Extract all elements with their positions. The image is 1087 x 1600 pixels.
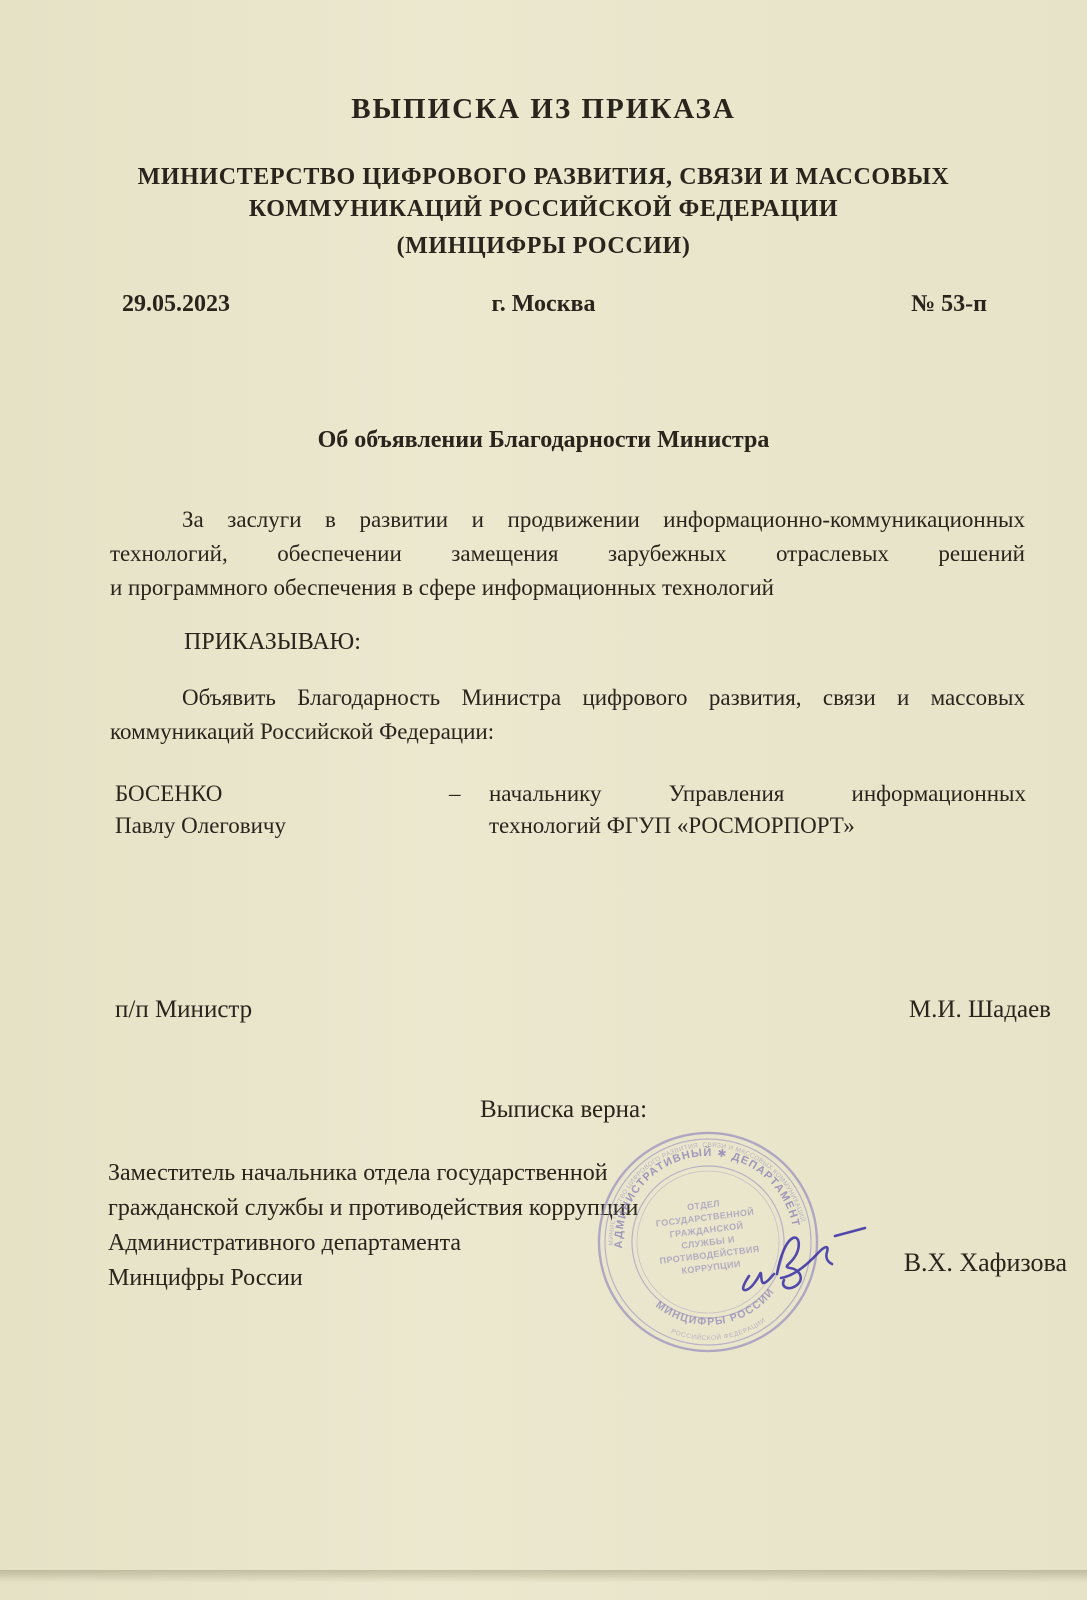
verifying-officer-name: В.Х. Хафизова — [904, 1248, 1067, 1278]
document-title: ВЫПИСКА ИЗ ПРИКАЗА — [0, 93, 1087, 126]
order-line: коммуникаций Российской Федерации: — [110, 715, 1025, 749]
order-line: Объявить Благодарность Министра цифровог… — [110, 681, 1025, 715]
decree-word: ПРИКАЗЫВАЮ: — [184, 629, 361, 656]
pp-minister-label: п/п Министр — [115, 996, 252, 1024]
preamble-paragraph: За заслуги в развитии и продвижении инфо… — [110, 503, 1025, 605]
ministry-name-line1: МИНИСТЕРСТВО ЦИФРОВОГО РАЗВИТИЯ, СВЯЗИ И… — [0, 164, 1087, 191]
paper-sheet: ВЫПИСКА ИЗ ПРИКАЗА МИНИСТЕРСТВО ЦИФРОВОГ… — [0, 0, 1087, 1580]
order-extract: ВЫПИСКА ИЗ ПРИКАЗА МИНИСТЕРСТВО ЦИФРОВОГ… — [0, 0, 1087, 1580]
order-paragraph: Объявить Благодарность Министра цифровог… — [110, 681, 1025, 749]
svg-text:ОТДЕЛ: ОТДЕЛ — [686, 1198, 720, 1212]
order-subject: Об объявлении Благодарности Министра — [0, 427, 1087, 454]
recipient-position: начальнику Управления информационных тех… — [489, 778, 1026, 842]
ministry-name-line2: КОММУНИКАЦИЙ РОССИЙСКОЙ ФЕДЕРАЦИИ — [0, 196, 1087, 223]
preamble-line: За заслуги в развитии и продвижении инфо… — [110, 503, 1025, 537]
recipient-dash: – — [449, 778, 461, 810]
order-number: № 53-п — [911, 291, 987, 318]
preamble-line: технологий, обеспечении замещения зарубе… — [110, 537, 1025, 571]
recipient-row: БОСЕНКО Павлу Олеговичу – начальнику Упр… — [0, 778, 1087, 848]
recipient-surname: БОСЕНКО — [115, 778, 222, 810]
ministry-short-name: (МИНЦИФРЫ РОССИИ) — [0, 233, 1087, 260]
signature-ink — [733, 1206, 883, 1306]
document-photo: ВЫПИСКА ИЗ ПРИКАЗА МИНИСТЕРСТВО ЦИФРОВОГ… — [0, 0, 1087, 1600]
verification-heading: Выписка верна: — [0, 1096, 1087, 1124]
recipient-name: Павлу Олеговичу — [115, 810, 286, 842]
recipient-position-line: начальнику Управления информационных — [489, 778, 1026, 810]
preamble-line: и программного обеспечения в сфере инфор… — [110, 571, 1025, 605]
minister-name: М.И. Шадаев — [909, 996, 1051, 1024]
recipient-position-line: технологий ФГУП «РОСМОРПОРТ» — [489, 810, 1026, 842]
